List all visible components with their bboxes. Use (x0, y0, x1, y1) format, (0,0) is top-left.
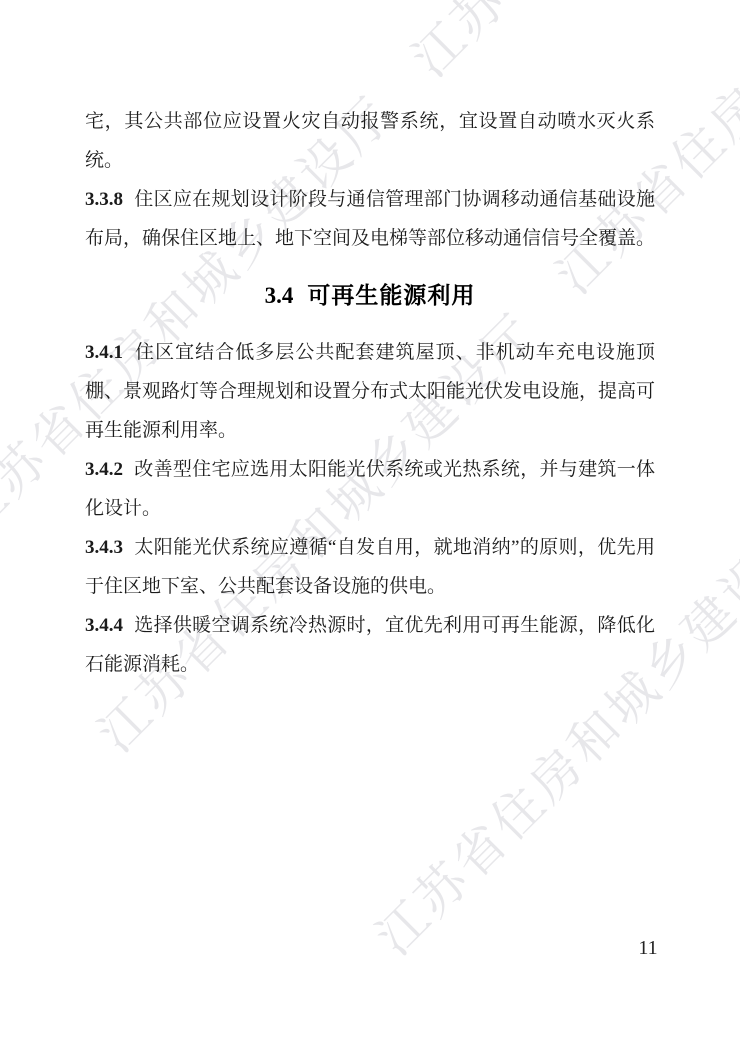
paragraph-text: 宅，其公共部位应设置火灾自动报警系统，宜设置自动喷水灭火系统。 (85, 111, 655, 171)
clause-text: 住区宜结合低多层公共配套建筑屋顶、非机动车充电设施顶棚、景观路灯等合理规划和设置… (85, 342, 655, 441)
section-number: 3.4 (265, 283, 294, 308)
section-heading: 3.4可再生能源利用 (85, 276, 655, 315)
page-content: 宅，其公共部位应设置火灾自动报警系统，宜设置自动喷水灭火系统。 3.3.8住区应… (85, 102, 655, 684)
page-number: 11 (618, 936, 678, 960)
clause-3-4-2: 3.4.2改善型住宅应选用太阳能光伏系统或光热系统，并与建筑一体化设计。 (85, 450, 655, 528)
clause-3-4-1: 3.4.1住区宜结合低多层公共配套建筑屋顶、非机动车充电设施顶棚、景观路灯等合理… (85, 333, 655, 450)
paragraph-continuation: 宅，其公共部位应设置火灾自动报警系统，宜设置自动喷水灭火系统。 (85, 102, 655, 180)
clause-text: 改善型住宅应选用太阳能光伏系统或光热系统，并与建筑一体化设计。 (85, 459, 655, 519)
clause-number: 3.4.3 (85, 537, 123, 558)
clause-3-4-4: 3.4.4选择供暖空调系统冷热源时，宜优先利用可再生能源，降低化石能源消耗。 (85, 606, 655, 684)
document-page: 江苏省住房和城乡建设厅江苏省住房和城乡建设厅 江苏省住房和城乡建设厅江苏省住房和… (0, 0, 740, 1046)
clause-number: 3.4.1 (85, 342, 123, 363)
clause-text: 选择供暖空调系统冷热源时，宜优先利用可再生能源，降低化石能源消耗。 (85, 615, 655, 675)
clause-number: 3.4.2 (85, 459, 123, 480)
clause-3-4-3: 3.4.3太阳能光伏系统应遵循“自发自用，就地消纳”的原则，优先用于住区地下室、… (85, 528, 655, 606)
watermark-text: 江苏省住房和城乡建设厅 (402, 0, 740, 87)
clause-number: 3.3.8 (85, 189, 123, 210)
clause-number: 3.4.4 (85, 615, 123, 636)
section-title: 可再生能源利用 (307, 282, 475, 308)
clause-text: 太阳能光伏系统应遵循“自发自用，就地消纳”的原则，优先用于住区地下室、公共配套设… (85, 537, 655, 597)
clause-text: 住区应在规划设计阶段与通信管理部门协调移动通信基础设施布局，确保住区地上、地下空… (85, 189, 655, 249)
clause-3-3-8: 3.3.8住区应在规划设计阶段与通信管理部门协调移动通信基础设施布局，确保住区地… (85, 180, 655, 258)
